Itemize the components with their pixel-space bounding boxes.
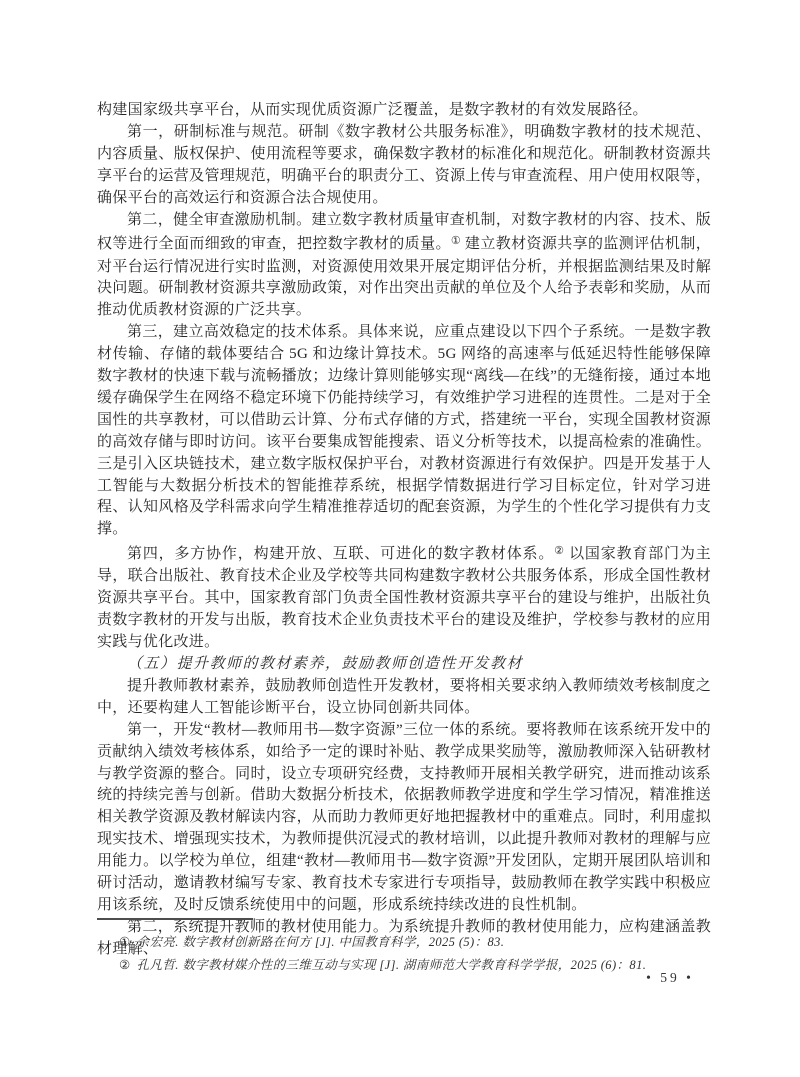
paragraph-tech-system: 第三，建立高效稳定的技术体系。具体来说，应重点建设以下四个子系统。一是数字教材传…: [97, 322, 711, 541]
body-text: 构建国家级共享平台，从而实现优质资源广泛覆盖，是数字教材的有效发展路径。 第一，…: [97, 100, 711, 961]
paragraph-review-mechanism: 第二，健全审查激励机制。建立数字教材质量审查机制，对数字教材的内容、技术、版权等…: [97, 210, 711, 323]
paragraph-teacher-literacy: 提升教师教材素养，鼓励教师创造性开发教材，要将相关要求纳入教师绩效考核制度之中，…: [97, 676, 711, 720]
footnote-1-marker: ①: [119, 935, 131, 949]
footnote-area: ①余宏亮. 数字教材创新路在何方 [J]. 中国教育科学，2025 (5)：83…: [97, 918, 711, 977]
paragraph-text: 第四，多方协作，构建开放、互联、可进化的数字教材体系。: [127, 546, 554, 562]
paragraph-trinity-system: 第一，开发“教材—教师用书—数字资源”三位一体的系统。要将教师在该系统开发中的贡…: [97, 720, 711, 917]
footnote-divider: [97, 918, 253, 920]
paragraph-standards: 第一，研制标准与规范。研制《数字教材公共服务标准》，明确数字教材的技术规范、内容…: [97, 122, 711, 210]
footnote-2-marker: ②: [119, 958, 131, 972]
footnote-1: ①余宏亮. 数字教材创新路在何方 [J]. 中国教育科学，2025 (5)：83…: [97, 931, 711, 954]
footnote-ref-1: ①: [451, 235, 461, 247]
footnote-1-text: 余宏亮. 数字教材创新路在何方 [J]. 中国教育科学，2025 (5)：83.: [137, 935, 505, 949]
footnote-2: ②孔凡哲. 数字教材媒介性的三维互动与实现 [J]. 湖南师范大学教育科学学报，…: [97, 954, 711, 977]
paragraph-collaboration: 第四，多方协作，构建开放、互联、可进化的数字教材体系。② 以国家教育部门为主导，…: [97, 541, 711, 654]
footnote-ref-2: ②: [554, 545, 564, 557]
document-page: 构建国家级共享平台，从而实现优质资源广泛覆盖，是数字教材的有效发展路径。 第一，…: [0, 0, 800, 1077]
paragraph-continuation: 构建国家级共享平台，从而实现优质资源广泛覆盖，是数字教材的有效发展路径。: [97, 100, 711, 122]
section-heading-5: （五）提升教师的教材素养，鼓励教师创造性开发教材: [97, 654, 711, 676]
page-number: • 59 •: [625, 970, 715, 986]
footnote-2-text: 孔凡哲. 数字教材媒介性的三维互动与实现 [J]. 湖南师范大学教育科学学报，2…: [137, 958, 647, 972]
